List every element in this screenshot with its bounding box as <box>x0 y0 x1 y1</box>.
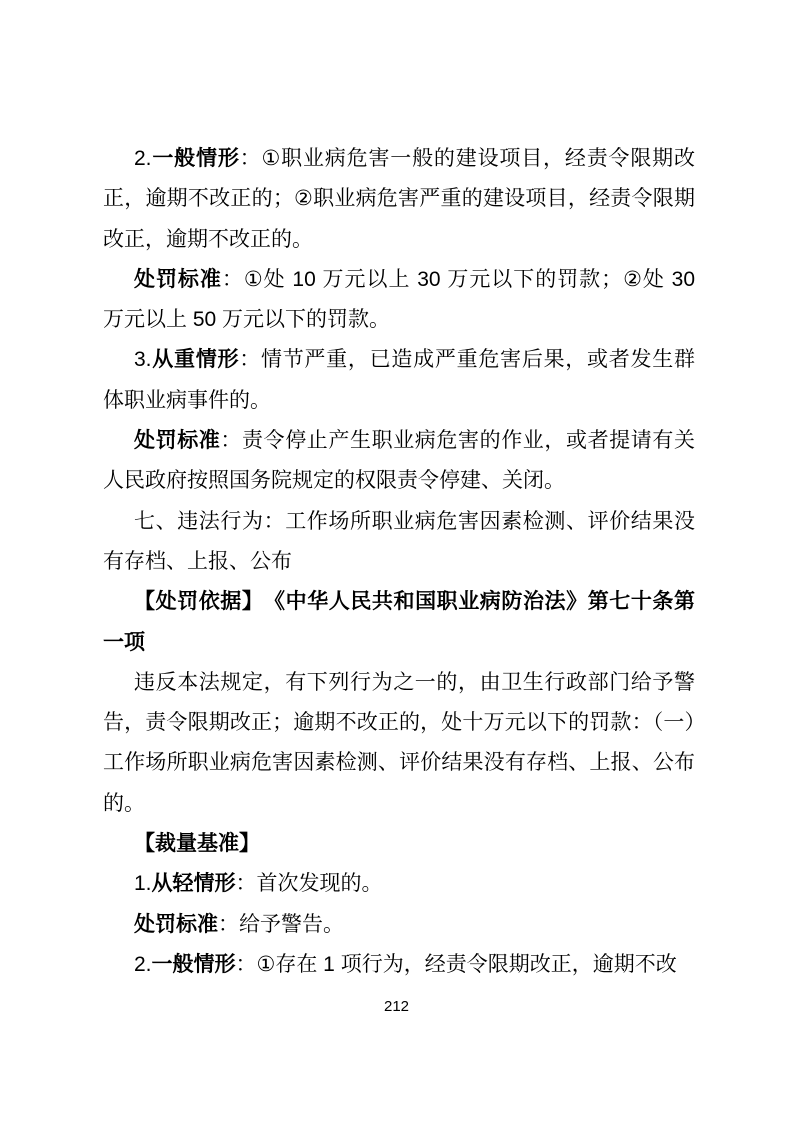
para-penalty-standard-3: 处罚标准：给予警告。 <box>103 905 695 945</box>
text-run: 1. <box>134 872 152 895</box>
document-body: 2.一般情形：①职业病危害一般的建设项目，经责令限期改正，逾期不改正的；②职业病… <box>103 139 695 985</box>
text-run: 七、违法行为：工作场所职业病危害因素检测、评价结果没有存档、上报、公布 <box>103 510 695 573</box>
text-run-bold: 处罚标准 <box>134 429 220 452</box>
para-penalty-basis-heading: 【处罚依据】 《中华人民共和国职业病防治法》第七十条第一项 <box>103 582 695 663</box>
text-run-bold: 处罚标准 <box>134 913 218 936</box>
text-run: ：给予警告。 <box>218 913 344 936</box>
text-run: 违反本法规定，有下列行为之一的，由卫生行政部门给予警告，责令限期改正；逾期不改正… <box>103 671 695 815</box>
document-page: 2.一般情形：①职业病危害一般的建设项目，经责令限期改正，逾期不改正的；②职业病… <box>0 0 793 1122</box>
para-2-general-circumstances-second: 2.一般情形：①存在 1 项行为，经责令限期改正，逾期不改 <box>103 945 695 985</box>
text-run-bold: 一般情形 <box>152 953 236 976</box>
text-run-bold: 【裁量基准】 <box>134 832 260 855</box>
text-run-bold: 从重情形 <box>152 348 240 371</box>
text-run: ：①存在 1 项行为，经责令限期改正，逾期不改 <box>236 953 677 976</box>
para-penalty-standard-1: 处罚标准：①处 10 万元以上 30 万元以下的罚款；②处 30 万元以上 50… <box>103 260 695 341</box>
para-penalty-standard-2: 处罚标准：责令停止产生职业病危害的作业，或者提请有关人民政府按照国务院规定的权限… <box>103 421 695 502</box>
text-run: ：首次发现的。 <box>236 872 383 895</box>
page-number: 212 <box>0 998 793 1016</box>
para-law-article-70: 违反本法规定，有下列行为之一的，由卫生行政部门给予警告，责令限期改正；逾期不改正… <box>103 663 695 824</box>
text-run-bold: 【处罚依据】 《中华人民共和国职业病防治法》第七十条第一项 <box>103 590 695 653</box>
text-run: 2. <box>134 147 152 170</box>
text-run-bold: 处罚标准 <box>134 268 222 291</box>
para-3-aggravating-circumstances: 3.从重情形：情节严重，已造成严重危害后果，或者发生群体职业病事件的。 <box>103 340 695 421</box>
para-discretion-benchmark-heading: 【裁量基准】 <box>103 824 695 864</box>
text-run: 2. <box>134 953 152 976</box>
para-1-lenient-circumstances: 1.从轻情形：首次发现的。 <box>103 864 695 904</box>
text-run: 3. <box>134 348 152 371</box>
text-run-bold: 一般情形 <box>152 147 240 170</box>
text-run-bold: 从轻情形 <box>152 872 236 895</box>
para-2-general-circumstances: 2.一般情形：①职业病危害一般的建设项目，经责令限期改正，逾期不改正的；②职业病… <box>103 139 695 260</box>
para-violation-item-7: 七、违法行为：工作场所职业病危害因素检测、评价结果没有存档、上报、公布 <box>103 502 695 583</box>
